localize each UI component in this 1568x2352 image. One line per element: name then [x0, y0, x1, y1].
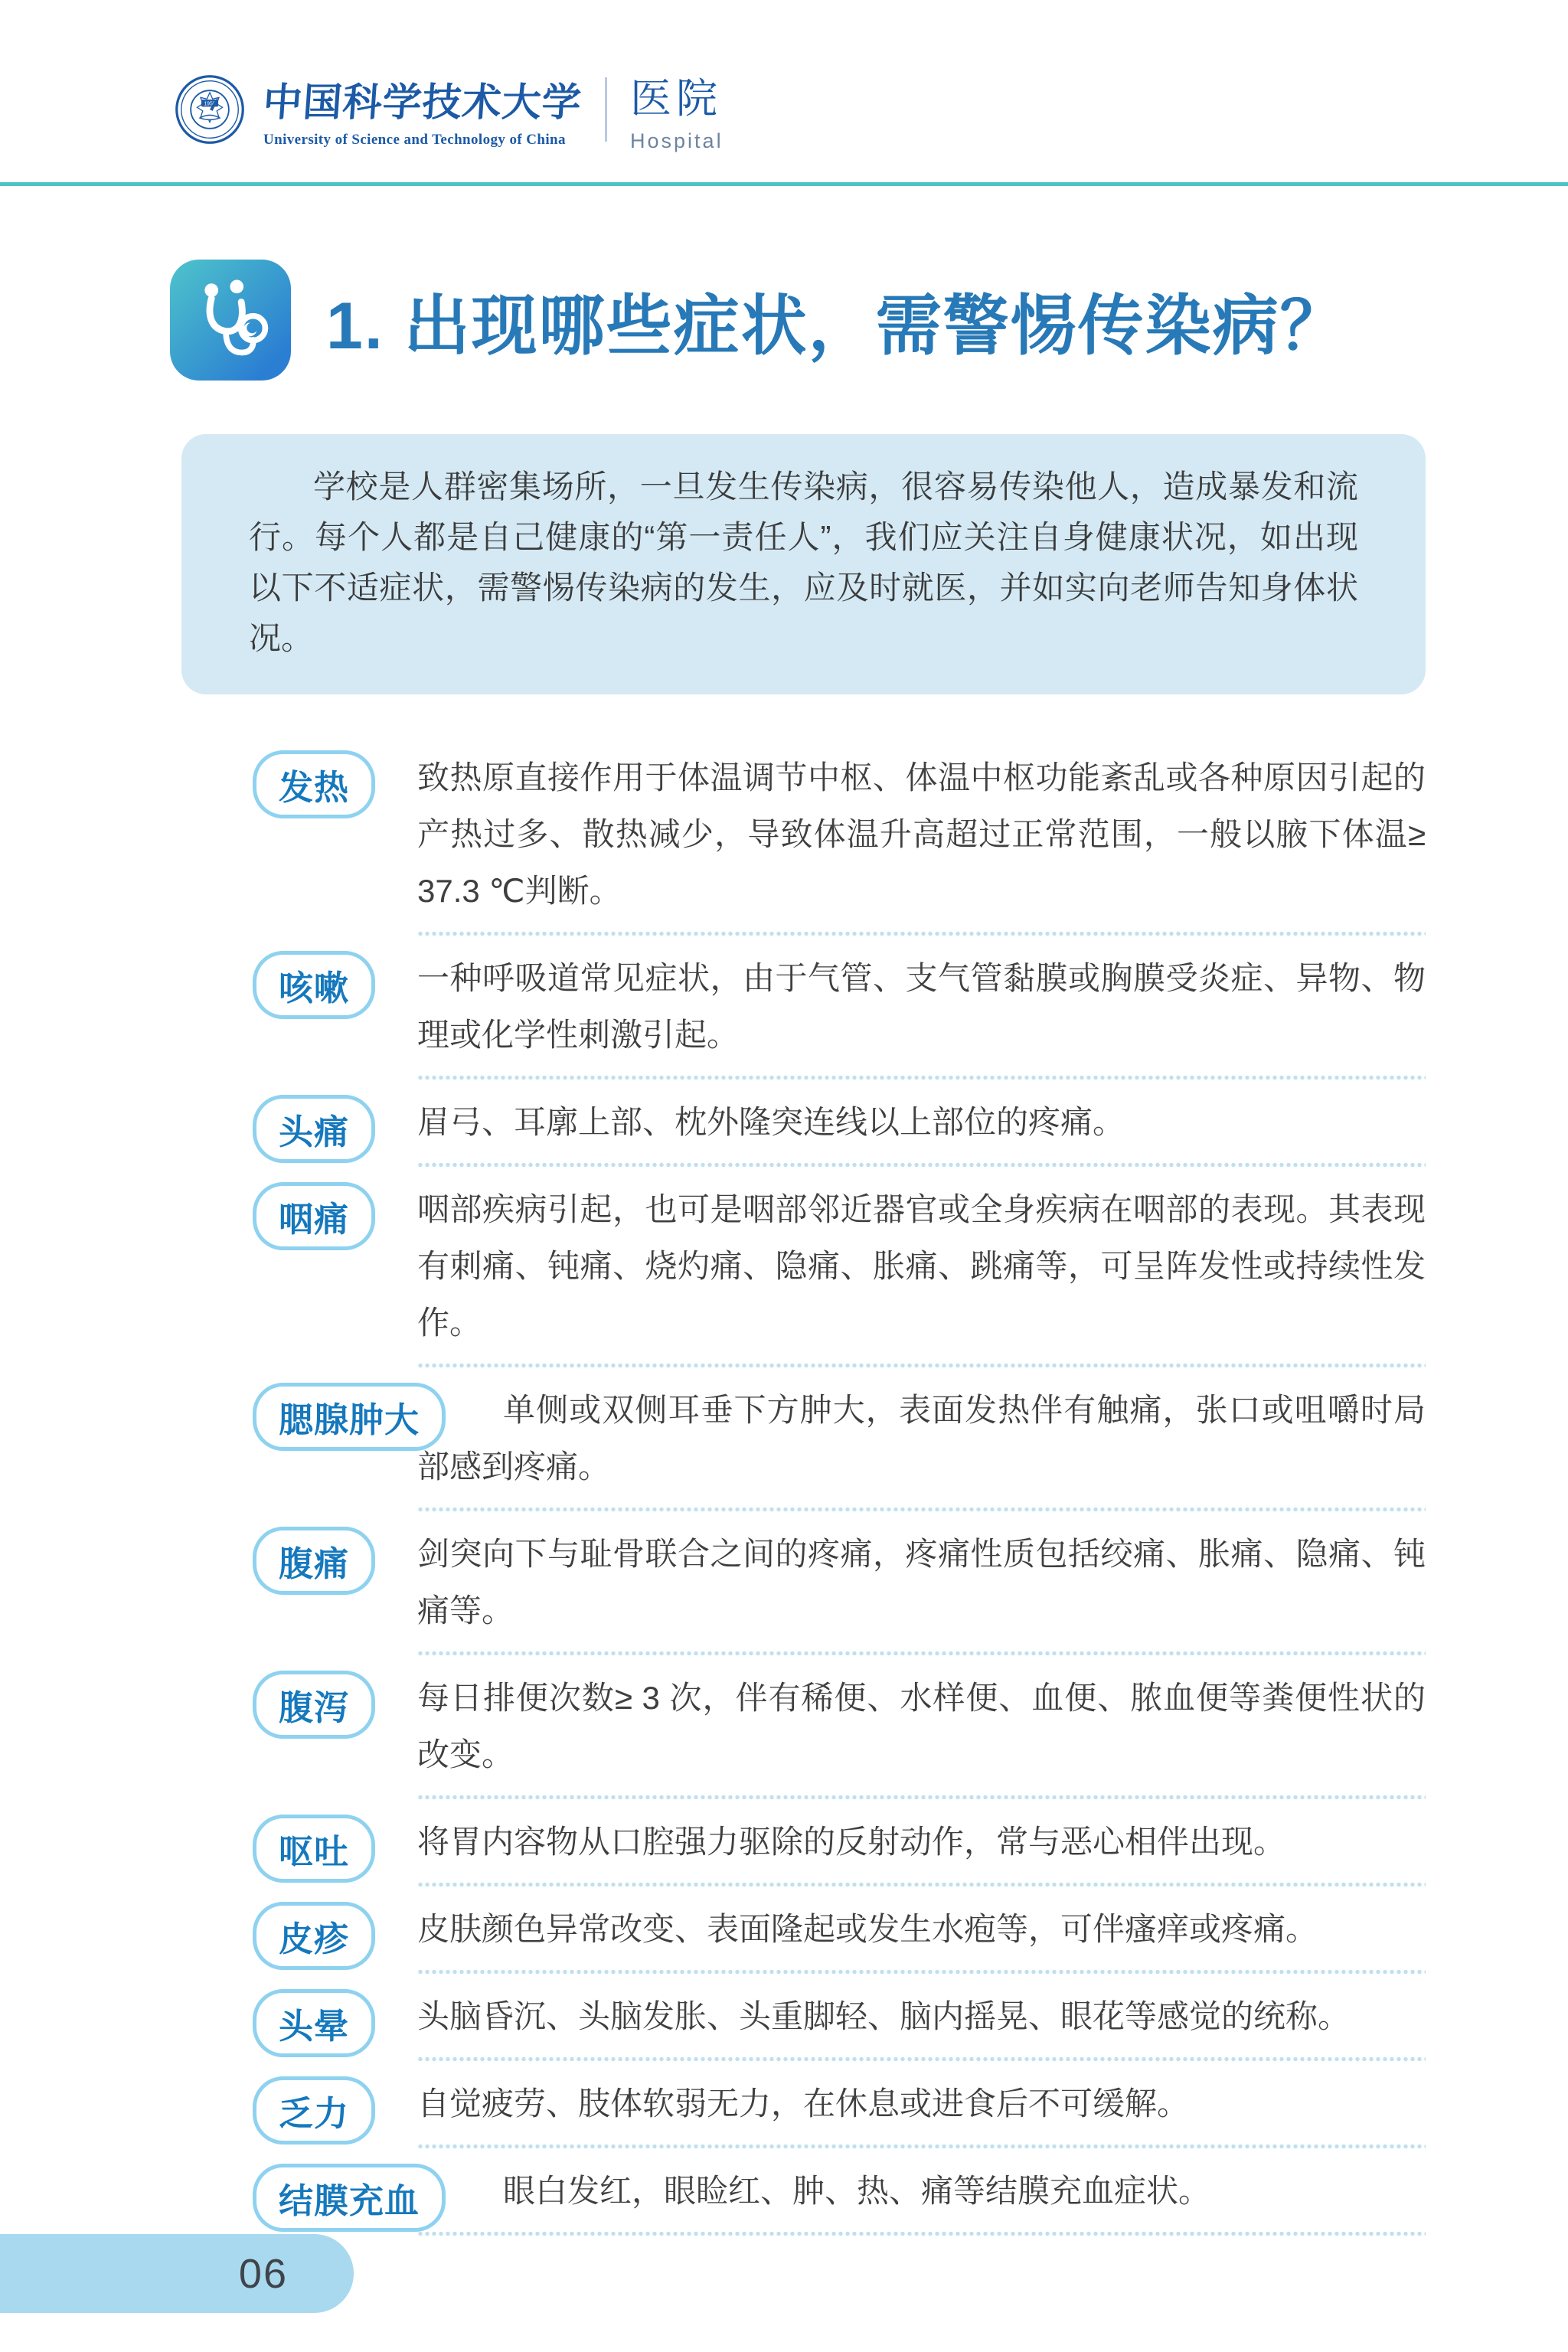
symptom-badge: 结膜充血	[253, 2164, 446, 2232]
dotted-separator	[417, 1075, 1426, 1080]
symptom-label: 咽痛	[279, 1200, 349, 1239]
dotted-separator	[417, 1969, 1426, 1975]
university-name-cn: 中国科学技术大学	[261, 70, 583, 127]
hospital-brand: 医院 Hospital	[630, 66, 724, 153]
symptom-item: 腮腺肿大 单侧或双侧耳垂下方肿大，表面发热伴有触痛，张口或咀嚼时局部感到疼痛。	[253, 1382, 1426, 1512]
symptom-item: 呕吐 将胃内容物从口腔强力驱除的反射动作，常与恶心相伴出现。	[253, 1814, 1426, 1887]
symptom-description: 眉弓、耳廓上部、枕外隆突连线以上部位的疼痛。	[417, 1094, 1426, 1151]
symptom-badge: 发热	[253, 750, 375, 818]
symptom-description: 皮肤颜色异常改变、表面隆起或发生水疱等，可伴瘙痒或疼痛。	[417, 1901, 1426, 1958]
symptom-badge: 乏力	[253, 2076, 375, 2145]
symptom-badge: 咳嗽	[253, 951, 375, 1019]
symptom-item: 发热 致热原直接作用于体温调节中枢、体温中枢功能紊乱或各种原因引起的产热过多、散…	[253, 750, 1426, 936]
symptom-item: 结膜充血 眼白发红，眼睑红、肿、热、痛等结膜充血症状。	[253, 2163, 1426, 2236]
brand-divider	[605, 77, 607, 142]
symptom-label: 腹泻	[279, 1688, 349, 1727]
symptom-label: 腮腺肿大	[279, 1400, 420, 1439]
stethoscope-icon	[170, 260, 291, 381]
symptom-label: 咳嗽	[279, 969, 349, 1008]
intro-box: 学校是人群密集场所，一旦发生传染病，很容易传染他人，造成暴发和流行。每个人都是自…	[181, 434, 1426, 694]
dotted-separator	[417, 1882, 1426, 1887]
symptom-badge: 腹泻	[253, 1671, 375, 1739]
dotted-separator	[417, 2144, 1426, 2149]
symptom-item: 头晕 头脑昏沉、头脑发胀、头重脚轻、脑内摇晃、眼花等感觉的统称。	[253, 1988, 1426, 2062]
dotted-separator	[417, 2056, 1426, 2062]
section-title-row: 1. 出现哪些症状，需警惕传染病？	[170, 260, 1426, 381]
symptom-label: 头痛	[279, 1112, 349, 1151]
symptom-item: 咽痛 咽部疾病引起，也可是咽部邻近器官或全身疾病在咽部的表现。其表现有刺痛、钝痛…	[253, 1181, 1426, 1368]
symptom-badge: 皮疹	[253, 1902, 375, 1970]
symptom-badge: 头晕	[253, 1989, 375, 2057]
symptom-description: 将胃内容物从口腔强力驱除的反射动作，常与恶心相伴出现。	[417, 1814, 1426, 1870]
dotted-separator	[417, 1507, 1426, 1512]
symptom-label: 发热	[279, 768, 349, 807]
ustc-emblem-icon: 1958	[175, 74, 245, 145]
symptom-item: 乏力 自觉疲劳、肢体软弱无力，在休息或进食后不可缓解。	[253, 2076, 1426, 2149]
symptom-badge: 咽痛	[253, 1182, 375, 1250]
symptom-badge: 腹痛	[253, 1527, 375, 1595]
dotted-separator	[417, 1651, 1426, 1656]
symptom-description: 自觉疲劳、肢体软弱无力，在休息或进食后不可缓解。	[417, 2076, 1426, 2132]
symptom-list: 发热 致热原直接作用于体温调节中枢、体温中枢功能紊乱或各种原因引起的产热过多、散…	[253, 750, 1426, 2236]
symptom-description: 单侧或双侧耳垂下方肿大，表面发热伴有触痛，张口或咀嚼时局部感到疼痛。	[417, 1382, 1426, 1495]
dotted-separator	[417, 2231, 1426, 2236]
symptom-badge: 腮腺肿大	[253, 1383, 446, 1451]
symptom-label: 乏力	[279, 2094, 349, 2133]
symptom-item: 咳嗽 一种呼吸道常见症状，由于气管、支气管黏膜或胸膜受炎症、异物、物理或化学性刺…	[253, 950, 1426, 1080]
page-body: 1. 出现哪些症状，需警惕传染病？ 学校是人群密集场所，一旦发生传染病，很容易传…	[0, 260, 1568, 2236]
symptom-description: 致热原直接作用于体温调节中枢、体温中枢功能紊乱或各种原因引起的产热过多、散热减少…	[417, 750, 1426, 920]
dotted-separator	[417, 1363, 1426, 1368]
intro-paragraph: 学校是人群密集场所，一旦发生传染病，很容易传染他人，造成暴发和流行。每个人都是自…	[249, 462, 1358, 664]
symptom-item: 腹痛 剑突向下与耻骨联合之间的疼痛，疼痛性质包括绞痛、胀痛、隐痛、钝痛等。	[253, 1526, 1426, 1656]
university-brand: 中国科学技术大学 University of Science and Techn…	[263, 70, 582, 149]
symptom-description: 一种呼吸道常见症状，由于气管、支气管黏膜或胸膜受炎症、异物、物理或化学性刺激引起…	[417, 950, 1426, 1063]
symptom-label: 呕吐	[279, 1832, 349, 1871]
symptom-label: 头晕	[279, 2007, 349, 2046]
symptom-badge: 呕吐	[253, 1815, 375, 1883]
page-header: 1958 中国科学技术大学 University of Science and …	[0, 0, 1568, 182]
hospital-name-cn: 医院	[630, 66, 722, 125]
symptom-description: 眼白发红，眼睑红、肿、热、痛等结膜充血症状。	[417, 2163, 1426, 2220]
symptom-description: 头脑昏沉、头脑发胀、头重脚轻、脑内摇晃、眼花等感觉的统称。	[417, 1988, 1426, 2045]
symptom-description: 剑突向下与耻骨联合之间的疼痛，疼痛性质包括绞痛、胀痛、隐痛、钝痛等。	[417, 1526, 1426, 1639]
symptom-badge: 头痛	[253, 1095, 375, 1163]
symptom-label: 皮疹	[279, 1919, 349, 1958]
dotted-separator	[417, 1795, 1426, 1800]
page-number-pill: 06	[0, 2234, 354, 2313]
symptom-description: 咽部疾病引起，也可是咽部邻近器官或全身疾病在咽部的表现。其表现有刺痛、钝痛、烧灼…	[417, 1181, 1426, 1351]
symptom-item: 头痛 眉弓、耳廓上部、枕外隆突连线以上部位的疼痛。	[253, 1094, 1426, 1168]
university-name-en: University of Science and Technology of …	[263, 132, 566, 149]
dotted-separator	[417, 1162, 1426, 1168]
dotted-separator	[417, 931, 1426, 936]
symptom-description: 每日排便次数≥ 3 次，伴有稀便、水样便、血便、脓血便等粪便性状的改变。	[417, 1670, 1426, 1783]
page-number: 06	[239, 2250, 288, 2298]
symptom-item: 皮疹 皮肤颜色异常改变、表面隆起或发生水疱等，可伴瘙痒或疼痛。	[253, 1901, 1426, 1975]
header-rule	[0, 182, 1568, 186]
symptom-item: 腹泻 每日排便次数≥ 3 次，伴有稀便、水样便、血便、脓血便等粪便性状的改变。	[253, 1670, 1426, 1800]
page-title: 1. 出现哪些症状，需警惕传染病？	[326, 273, 1347, 367]
symptom-label: 腹痛	[279, 1544, 349, 1583]
symptom-label: 结膜充血	[279, 2181, 420, 2220]
hospital-name-en: Hospital	[630, 129, 724, 153]
